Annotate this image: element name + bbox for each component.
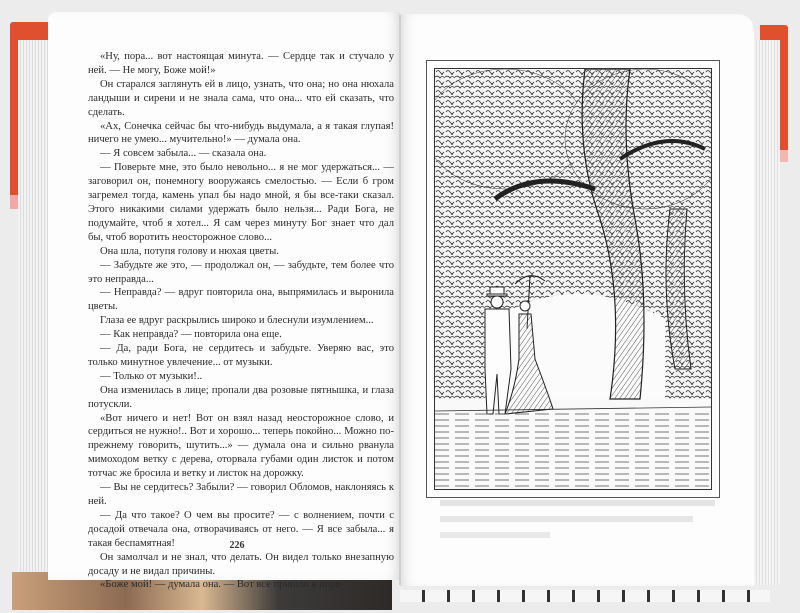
page-number: 226: [222, 540, 252, 551]
paragraph: — Только от музыки!..: [88, 370, 394, 384]
paragraph: Он старался заглянуть ей в лицо, узнать,…: [88, 78, 394, 120]
paragraph: «Вот ничего и нет! Вот он взял назад нео…: [88, 412, 394, 482]
illustration: [434, 68, 712, 490]
paragraph: Она изменилась в лице; пропали два розов…: [88, 384, 394, 412]
paragraph: Она шла, потупя голову и нюхая цветы.: [88, 245, 394, 259]
paragraph: «Ах, Сонечка сейчас бы что-нибудь выдума…: [88, 120, 394, 148]
paragraph: — Как неправда? — повторила она еще.: [88, 328, 394, 342]
paragraph: — Поверьте мне, это было невольно... я н…: [88, 161, 394, 244]
left-page-text: «Ну, пора... вот настоящая минута. — Сер…: [88, 50, 394, 592]
paragraph: — Я совсем забыла... — сказала она.: [88, 147, 394, 161]
paragraph: — Забудьте же это, — продолжал он, — заб…: [88, 259, 394, 287]
show-through-text: [440, 500, 715, 544]
paragraph: Он замолчал и не знал, что делать. Он ви…: [88, 551, 394, 579]
paragraph: «Ну, пора... вот настоящая минута. — Сер…: [88, 50, 394, 78]
book-gutter: [399, 15, 401, 585]
paragraph: — Неправда? — вдруг повторила она, выпря…: [88, 286, 394, 314]
paragraph: Глаза ее вдруг раскрылись широко и блесн…: [88, 314, 394, 328]
engraving-park-scene-icon: [435, 69, 711, 489]
paragraph: «Боже мой! — думала она. — Вот все пришл…: [88, 578, 394, 592]
paragraph: — Вы не сердитесь? Забыли? — говорил Обл…: [88, 481, 394, 509]
book-cover-bottom-right: [400, 590, 770, 602]
paragraph: — Да, ради Бога, не сердитесь и забудьте…: [88, 342, 394, 370]
